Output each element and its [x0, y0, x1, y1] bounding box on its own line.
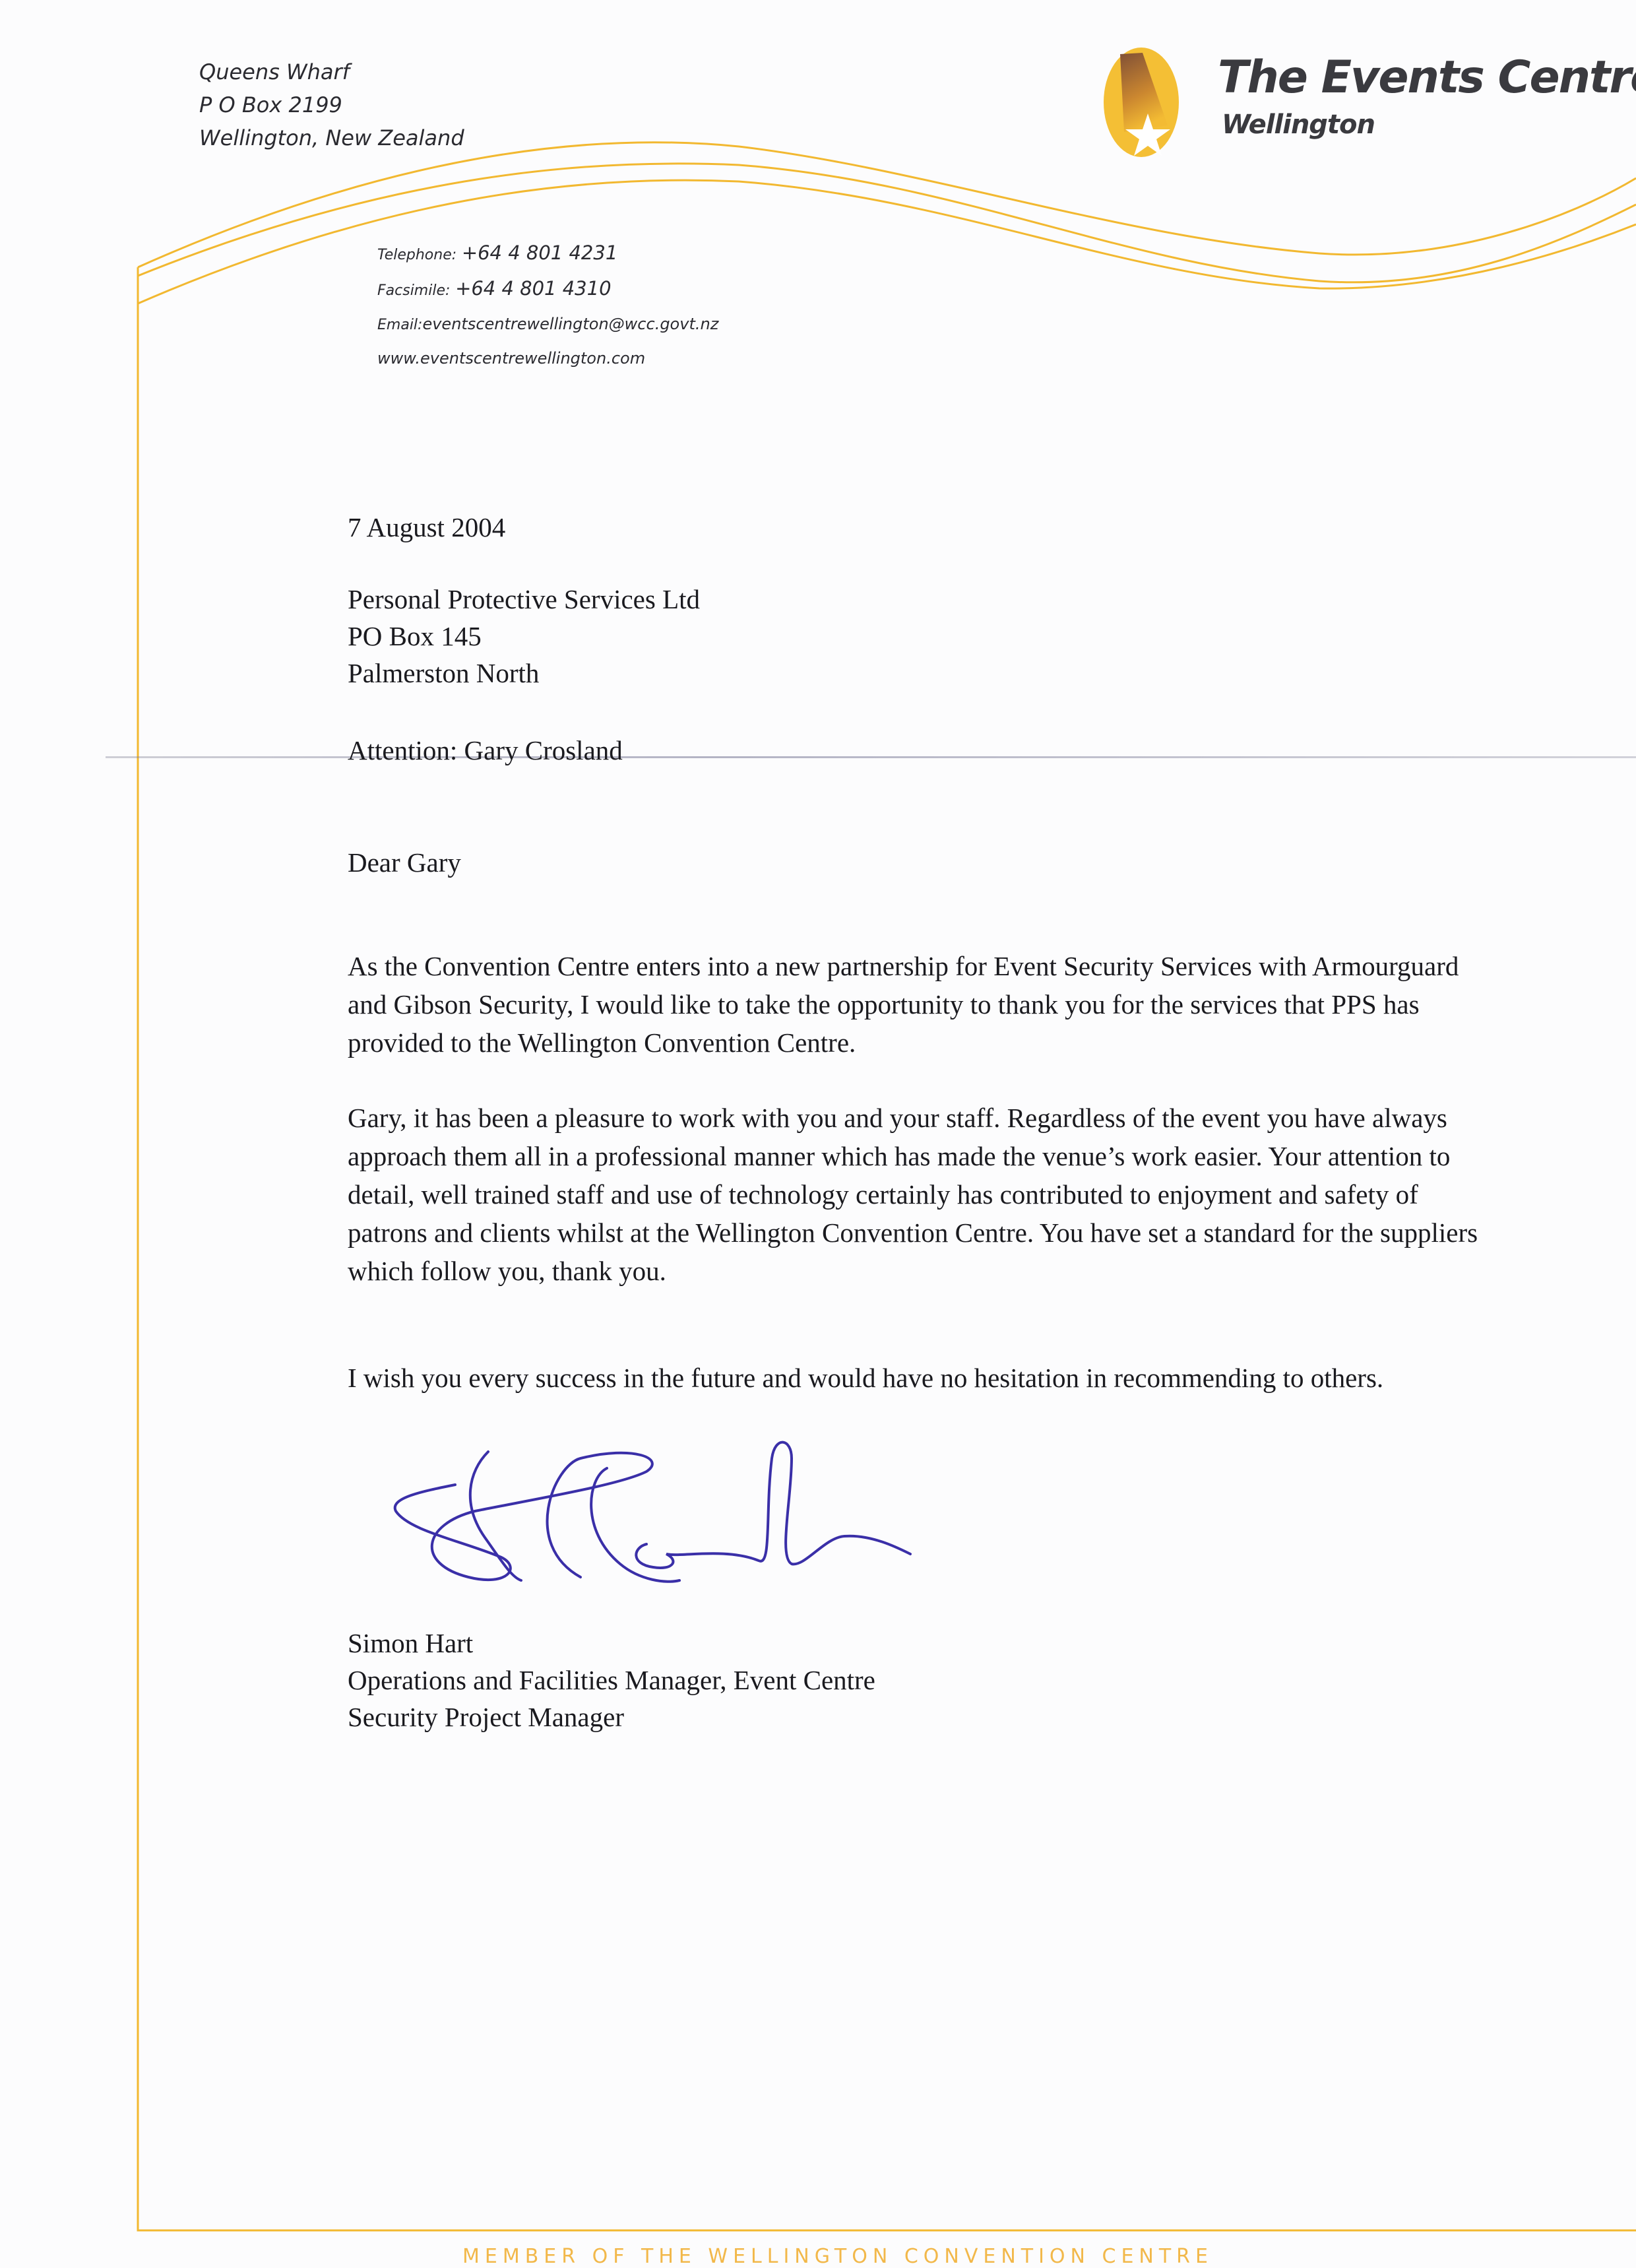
signatory-title: Security Project Manager — [348, 1699, 1502, 1735]
facsimile-label: Facsimile: — [377, 282, 450, 299]
sender-address-line: Queens Wharf — [199, 55, 464, 88]
attention-line: Attention: Gary Crosland — [348, 731, 1502, 769]
footer-membership: MEMBER OF THE WELLINGTON CONVENTION CENT… — [0, 2245, 1636, 2268]
letter-page: Queens Wharf P O Box 2199 Wellington, Ne… — [0, 0, 1636, 2268]
signatory-name: Simon Hart — [348, 1625, 1502, 1662]
recipient-line: Personal Protective Services Ltd — [348, 581, 1502, 618]
recipient-line: PO Box 145 — [348, 618, 1502, 655]
recipient-line: Palmerston North — [348, 655, 1502, 692]
handwritten-signature-icon — [369, 1432, 976, 1604]
facsimile-number: +64 4 801 4310 — [455, 277, 611, 300]
body-paragraph: As the Convention Centre enters into a n… — [348, 947, 1502, 1062]
brand-subtitle: Wellington — [1222, 110, 1375, 140]
contact-details: Telephone: +64 4 801 4231 Facsimile: +64… — [377, 236, 718, 375]
telephone-number: +64 4 801 4231 — [462, 242, 617, 264]
sender-address-line: P O Box 2199 — [199, 88, 464, 121]
body-paragraph: Gary, it has been a pleasure to work wit… — [348, 1099, 1502, 1290]
brand-logo: The Events Centre Wellington — [1095, 46, 1636, 165]
letter-date: 7 August 2004 — [348, 508, 1502, 546]
telephone-row: Telephone: +64 4 801 4231 — [377, 236, 718, 272]
recipient-address: Personal Protective Services Ltd PO Box … — [348, 581, 1502, 692]
sender-address-line: Wellington, New Zealand — [199, 121, 464, 154]
sender-address: Queens Wharf P O Box 2199 Wellington, Ne… — [199, 55, 464, 154]
website-link[interactable]: www.eventscentrewellington.com — [377, 349, 645, 368]
body-paragraph: I wish you every success in the future a… — [348, 1359, 1502, 1397]
salutation: Dear Gary — [348, 843, 1502, 882]
website-row: www.eventscentrewellington.com — [377, 342, 718, 375]
brand-title: The Events Centre — [1218, 51, 1636, 104]
star-spotlight-logo-icon — [1102, 46, 1181, 158]
email-row: Email:eventscentrewellington@wcc.govt.nz — [377, 308, 718, 342]
signatory-title: Operations and Facilities Manager, Event… — [348, 1662, 1502, 1699]
signatory-block: Simon Hart Operations and Facilities Man… — [348, 1625, 1502, 1735]
facsimile-row: Facsimile: +64 4 801 4310 — [377, 272, 718, 308]
email-address[interactable]: eventscentrewellington@wcc.govt.nz — [422, 315, 718, 333]
telephone-label: Telephone: — [377, 247, 456, 263]
email-label: Email: — [377, 317, 422, 333]
